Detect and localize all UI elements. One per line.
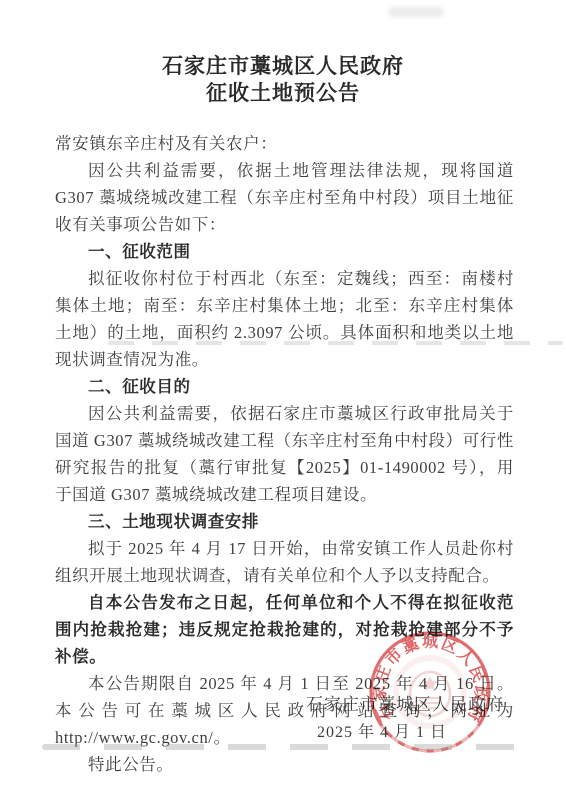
document-title: 石家庄市藁城区人民政府 征收土地预公告 bbox=[0, 53, 566, 107]
section-1-body: 拟征收你村位于村西北（东至：定魏线；西至：南楼村集体土地；南至：东辛庄村集体土地… bbox=[55, 265, 514, 373]
document-title-line2: 征收土地预公告 bbox=[0, 80, 566, 107]
section-3-body: 拟于 2025 年 4 月 17 日开始，由常安镇工作人员赴你村组织开展土地现状… bbox=[55, 535, 514, 589]
issuer-signature: 石家庄市藁城区人民政府 bbox=[306, 690, 504, 715]
section-3-heading: 三、土地现状调查安排 bbox=[55, 508, 514, 535]
document-page: 石家庄市藁城区人民政府 征收土地预公告 常安镇东辛庄村及有关农户： 因公共利益需… bbox=[0, 0, 566, 800]
warning-paragraph: 自本公告发布之日起，任何单位和个人不得在拟征收范围内抢栽抢建；违反规定抢栽抢建的… bbox=[55, 589, 514, 670]
section-1-heading: 一、征收范围 bbox=[55, 238, 514, 265]
paragraph-intro: 因公共利益需要，依据土地管理法律法规，现将国道 G307 藁城绕城改建工程（东辛… bbox=[55, 157, 514, 238]
scan-smudge bbox=[388, 7, 444, 17]
issue-date: 2025 年 4 月 1 日 bbox=[317, 719, 447, 742]
document-title-line1: 石家庄市藁城区人民政府 bbox=[0, 53, 566, 80]
section-2-heading: 二、征收目的 bbox=[55, 373, 514, 400]
salutation: 常安镇东辛庄村及有关农户： bbox=[55, 130, 514, 157]
closing-paragraph: 特此公告。 bbox=[55, 751, 514, 778]
section-2-body: 因公共利益需要，依据石家庄市藁城区行政审批局关于国道 G307 藁城绕城改建工程… bbox=[55, 400, 514, 508]
document-body: 常安镇东辛庄村及有关农户： 因公共利益需要，依据土地管理法律法规，现将国道 G3… bbox=[55, 130, 514, 778]
